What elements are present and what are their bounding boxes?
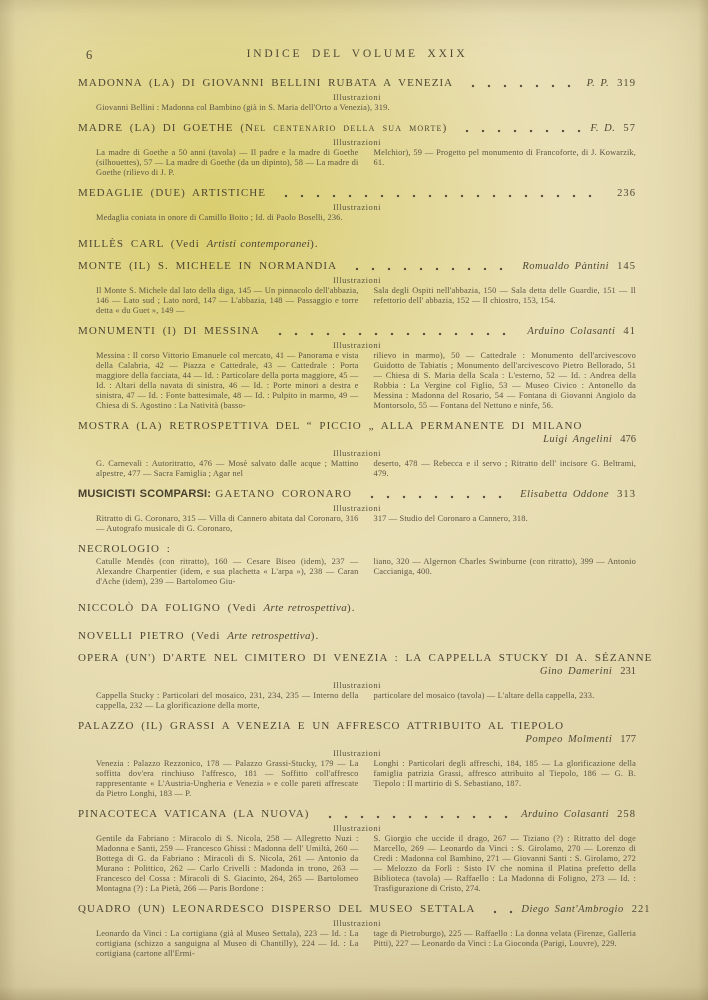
entry-title: QUADRO (UN) LEONARDESCO DISPERSO DEL MUS…	[78, 903, 475, 916]
leader-dots	[465, 84, 578, 88]
author-name: Diego Sant'Ambrogio	[521, 903, 623, 916]
author-name: Pompeo Molmenti	[525, 734, 612, 746]
title-text: GAETANO CORONARO	[215, 488, 352, 500]
index-entry: PALAZZO (IL) GRASSI A VENEZIA E UN AFFRE…	[78, 720, 636, 799]
entry-page-number: 177	[620, 734, 636, 746]
entry-title: NECROLOGIO :	[78, 543, 171, 556]
title-text: OPERA (UN') D'ARTE NEL CIMITERO DI VENEZ…	[78, 652, 652, 664]
index-entry: MONUMENTI (I) DI MESSINAArduino Colasant…	[78, 325, 636, 411]
page-header: 6 INDICE DEL VOLUME XXIX	[78, 46, 636, 68]
index-entry: MILLÈS CARL (Vedi Artisti contemporanei)…	[78, 238, 636, 251]
illustration-columns: Catulle Mendès (con ritratto), 160 — Ces…	[96, 557, 636, 587]
illustration-column-right: liano, 320 — Algernon Charles Swinburne …	[374, 557, 637, 587]
author-name: Gino Damerini	[540, 666, 612, 678]
illustration-column-left: Ritratto di G. Coronaro, 315 — Villa di …	[96, 514, 359, 534]
entry-title-line: MADRE (LA) DI GOETHE (Nel centenario del…	[78, 122, 636, 135]
entry-title-line: MUSICISTI SCOMPARSI: GAETANO CORONAROEli…	[78, 488, 636, 501]
entry-page-number: 319	[617, 77, 636, 90]
entry-title: NICCOLÒ DA FOLIGNO (Vedi Arte retrospett…	[78, 602, 356, 615]
entry-title-line: NOVELLI PIETRO (Vedi Arte retrospettiva)…	[78, 630, 636, 643]
index-entry: NOVELLI PIETRO (Vedi Arte retrospettiva)…	[78, 630, 636, 643]
leader-dots	[322, 815, 514, 819]
illustrations-label: Illustrazioni	[78, 918, 636, 928]
illustration-columns: Gentile da Fabriano : Miracolo di S. Nic…	[96, 834, 636, 894]
index-entry: NECROLOGIO :Catulle Mendès (con ritratto…	[78, 543, 636, 587]
entry-title-line: MILLÈS CARL (Vedi Artisti contemporanei)…	[78, 238, 636, 251]
index-entry: QUADRO (UN) LEONARDESCO DISPERSO DEL MUS…	[78, 903, 636, 959]
entry-page-number: 41	[623, 325, 636, 338]
title-text: MADONNA (LA) DI GIOVANNI BELLINI RUBATA …	[78, 77, 453, 89]
entry-title-line: OPERA (UN') D'ARTE NEL CIMITERO DI VENEZ…	[78, 652, 636, 665]
entry-title: MONUMENTI (I) DI MESSINA	[78, 325, 260, 338]
entry-title: MILLÈS CARL (Vedi Artisti contemporanei)…	[78, 238, 319, 251]
illustrations-label: Illustrazioni	[78, 448, 636, 458]
entry-title-line: MEDAGLIE (DUE) ARTISTICHE236	[78, 187, 636, 200]
entry-title: OPERA (UN') D'ARTE NEL CIMITERO DI VENEZ…	[78, 652, 652, 665]
title-cross-reference: Arte retrospettiva	[264, 602, 348, 614]
illustration-columns: La madre di Goethe a 50 anni (tavola) — …	[96, 148, 636, 178]
volume-index-title: INDICE DEL VOLUME XXIX	[78, 48, 636, 60]
entry-title-line: MONUMENTI (I) DI MESSINAArduino Colasant…	[78, 325, 636, 338]
illustration-column-right: tage di Pietroburgo), 225 — Raffaello : …	[374, 929, 637, 959]
illustrations-label: Illustrazioni	[78, 92, 636, 102]
illustration-columns: Ritratto di G. Coronaro, 315 — Villa di …	[96, 514, 636, 534]
entry-title-line: QUADRO (UN) LEONARDESCO DISPERSO DEL MUS…	[78, 903, 636, 916]
entry-author-line: Luigi Angelini476	[78, 434, 636, 446]
title-text: QUADRO (UN) LEONARDESCO DISPERSO DEL MUS…	[78, 903, 475, 915]
illustration-column-right: S. Giorgio che uccide il drago, 267 — Ti…	[374, 834, 637, 894]
illustration-column-left: Venezia : Palazzo Rezzonico, 178 — Palaz…	[96, 759, 359, 799]
title-text: NOVELLI PIETRO (Vedi	[78, 630, 227, 642]
entry-title-line: MONTE (IL) S. MICHELE IN NORMANDIARomual…	[78, 260, 636, 273]
title-text: Nel centenario della sua morte	[245, 122, 443, 134]
leader-dots	[278, 194, 601, 198]
illustrations-label: Illustrazioni	[78, 748, 636, 758]
illustrations-label: Illustrazioni	[78, 137, 636, 147]
entry-title: MONTE (IL) S. MICHELE IN NORMANDIA	[78, 260, 337, 273]
page-content: 6 INDICE DEL VOLUME XXIX MADONNA (LA) DI…	[0, 0, 708, 959]
illustration-columns: Venezia : Palazzo Rezzonico, 178 — Palaz…	[96, 759, 636, 799]
illustration-column-left: Il Monte S. Michele dal lato della diga,…	[96, 286, 359, 316]
index-entry: MOSTRA (LA) RETROSPETTIVA DEL “ PICCIO „…	[78, 420, 636, 479]
illustration-column-right: 317 — Studio del Coronaro a Cannero, 318…	[374, 514, 637, 534]
entry-page-number: 236	[617, 187, 636, 200]
illustrations-label: Illustrazioni	[78, 340, 636, 350]
illustration-column-left: Leonardo da Vinci : La cortigiana (già a…	[96, 929, 359, 959]
index-entry: MUSICISTI SCOMPARSI: GAETANO CORONAROEli…	[78, 488, 636, 534]
entry-title: PINACOTECA VATICANA (LA NUOVA)	[78, 808, 310, 821]
entry-page-number: 476	[620, 434, 636, 446]
author-name: Luigi Angelini	[543, 434, 612, 446]
author-name: Romualdo Pàntini	[522, 260, 609, 273]
entry-title: MADONNA (LA) DI GIOVANNI BELLINI RUBATA …	[78, 77, 453, 90]
illustrations-label: Illustrazioni	[78, 680, 636, 690]
illustration-column-right: Sala degli Ospiti nell'abbazia, 150 — Sa…	[374, 286, 637, 316]
illustration-column-left: Messina : Il corso Vittorio Emanuele col…	[96, 351, 359, 411]
illustrations-label: Illustrazioni	[78, 503, 636, 513]
title-text: MILLÈS CARL (Vedi	[78, 238, 207, 250]
author-name: Elisabetta Oddone	[520, 488, 609, 501]
scanned-index-page: 6 INDICE DEL VOLUME XXIX MADONNA (LA) DI…	[0, 0, 708, 1000]
entry-title: MEDAGLIE (DUE) ARTISTICHE	[78, 187, 266, 200]
title-text: ).	[311, 630, 320, 642]
index-entry: MADONNA (LA) DI GIOVANNI BELLINI RUBATA …	[78, 77, 636, 113]
title-text: ).	[310, 238, 319, 250]
title-text: )	[443, 122, 448, 134]
entry-title: MOSTRA (LA) RETROSPETTIVA DEL “ PICCIO „…	[78, 420, 582, 433]
index-entry: PINACOTECA VATICANA (LA NUOVA)Arduino Co…	[78, 808, 636, 894]
title-text: NECROLOGIO :	[78, 543, 171, 555]
entry-title-line: MADONNA (LA) DI GIOVANNI BELLINI RUBATA …	[78, 77, 636, 90]
index-entry: OPERA (UN') D'ARTE NEL CIMITERO DI VENEZ…	[78, 652, 636, 711]
entry-page-number: 258	[617, 808, 636, 821]
entry-author-line: Pompeo Molmenti177	[78, 734, 636, 746]
entry-title-line: MOSTRA (LA) RETROSPETTIVA DEL “ PICCIO „…	[78, 420, 636, 433]
illustration-column-right: Longhi : Particolari degli affreschi, 18…	[374, 759, 637, 799]
entry-page-number: 57	[623, 122, 636, 135]
leader-dots	[487, 910, 513, 914]
illustration-column-left: Cappella Stucky : Particolari del mosaic…	[96, 691, 359, 711]
illustration-columns: G. Carnevali : Autoritratto, 476 — Mosè …	[96, 459, 636, 479]
author-name: P. P.	[587, 77, 610, 90]
title-cross-reference: Artisti contemporanei	[207, 238, 311, 250]
illustration-column-right: rilievo in marmo), 50 — Cattedrale : Mon…	[374, 351, 637, 411]
illustration-columns: Leonardo da Vinci : La cortigiana (già a…	[96, 929, 636, 959]
illustration-caption: Medaglia coniata in onore di Camillo Boi…	[96, 213, 636, 223]
illustration-columns: Il Monte S. Michele dal lato della diga,…	[96, 286, 636, 316]
title-text: ).	[347, 602, 356, 614]
entry-title-line: PALAZZO (IL) GRASSI A VENEZIA E UN AFFRE…	[78, 720, 636, 733]
illustration-caption: Giovanni Bellini : Madonna col Bambino (…	[96, 103, 636, 113]
title-text: NICCOLÒ DA FOLIGNO (Vedi	[78, 602, 264, 614]
illustrations-label: Illustrazioni	[78, 275, 636, 285]
illustration-column-left: G. Carnevali : Autoritratto, 476 — Mosè …	[96, 459, 359, 479]
entry-title: MADRE (LA) DI GOETHE (Nel centenario del…	[78, 122, 447, 135]
illustration-columns: Messina : Il corso Vittorio Emanuele col…	[96, 351, 636, 411]
index-entry: NICCOLÒ DA FOLIGNO (Vedi Arte retrospett…	[78, 602, 636, 615]
title-text: MONUMENTI (I) DI MESSINA	[78, 325, 260, 337]
index-entry: MADRE (LA) DI GOETHE (Nel centenario del…	[78, 122, 636, 178]
entry-title-line: NECROLOGIO :	[78, 543, 636, 556]
leader-dots	[364, 495, 512, 499]
title-text: MADRE (LA) DI GOETHE (	[78, 122, 245, 134]
index-entry: MONTE (IL) S. MICHELE IN NORMANDIARomual…	[78, 260, 636, 316]
leader-dots	[272, 332, 520, 336]
entry-author-line: Gino Damerini231	[78, 666, 636, 678]
entries: MADONNA (LA) DI GIOVANNI BELLINI RUBATA …	[78, 77, 636, 959]
author-name: Arduino Colasanti	[527, 325, 615, 338]
illustrations-label: Illustrazioni	[78, 823, 636, 833]
illustration-columns: Cappella Stucky : Particolari del mosaic…	[96, 691, 636, 711]
leader-dots	[349, 267, 514, 271]
illustration-column-left: Catulle Mendès (con ritratto), 160 — Ces…	[96, 557, 359, 587]
leader-dots	[459, 129, 582, 133]
illustration-column-left: La madre di Goethe a 50 anni (tavola) — …	[96, 148, 359, 178]
illustrations-label: Illustrazioni	[78, 202, 636, 212]
entry-page-number: 145	[617, 260, 636, 273]
entry-title-line: PINACOTECA VATICANA (LA NUOVA)Arduino Co…	[78, 808, 636, 821]
illustration-column-right: Melchior), 59 — Progetto pel monumento d…	[374, 148, 637, 178]
author-name: Arduino Colasanti	[521, 808, 609, 821]
illustration-column-left: Gentile da Fabriano : Miracolo di S. Nic…	[96, 834, 359, 894]
entry-page-number: 231	[620, 666, 636, 678]
entry-title-line: NICCOLÒ DA FOLIGNO (Vedi Arte retrospett…	[78, 602, 636, 615]
title-text: MOSTRA (LA) RETROSPETTIVA DEL “ PICCIO „…	[78, 420, 582, 432]
entry-page-number: 313	[617, 488, 636, 501]
title-text: MUSICISTI SCOMPARSI:	[78, 488, 215, 500]
entry-title: PALAZZO (IL) GRASSI A VENEZIA E UN AFFRE…	[78, 720, 564, 733]
title-cross-reference: Arte retrospettiva	[227, 630, 311, 642]
index-entry: MEDAGLIE (DUE) ARTISTICHE236Illustrazion…	[78, 187, 636, 223]
illustration-column-right: particolare del mosaico (tavola) — L'alt…	[374, 691, 637, 711]
title-text: PINACOTECA VATICANA (LA NUOVA)	[78, 808, 310, 820]
illustration-column-right: deserto, 478 — Rebecca e il servo ; Ritr…	[374, 459, 637, 479]
entry-title: NOVELLI PIETRO (Vedi Arte retrospettiva)…	[78, 630, 319, 643]
title-text: PALAZZO (IL) GRASSI A VENEZIA E UN AFFRE…	[78, 720, 564, 732]
title-text: MEDAGLIE (DUE) ARTISTICHE	[78, 187, 266, 199]
title-text: MONTE (IL) S. MICHELE IN NORMANDIA	[78, 260, 337, 272]
entry-title: MUSICISTI SCOMPARSI: GAETANO CORONARO	[78, 488, 352, 501]
entry-page-number: 221	[632, 903, 651, 916]
author-name: F. D.	[590, 122, 615, 135]
